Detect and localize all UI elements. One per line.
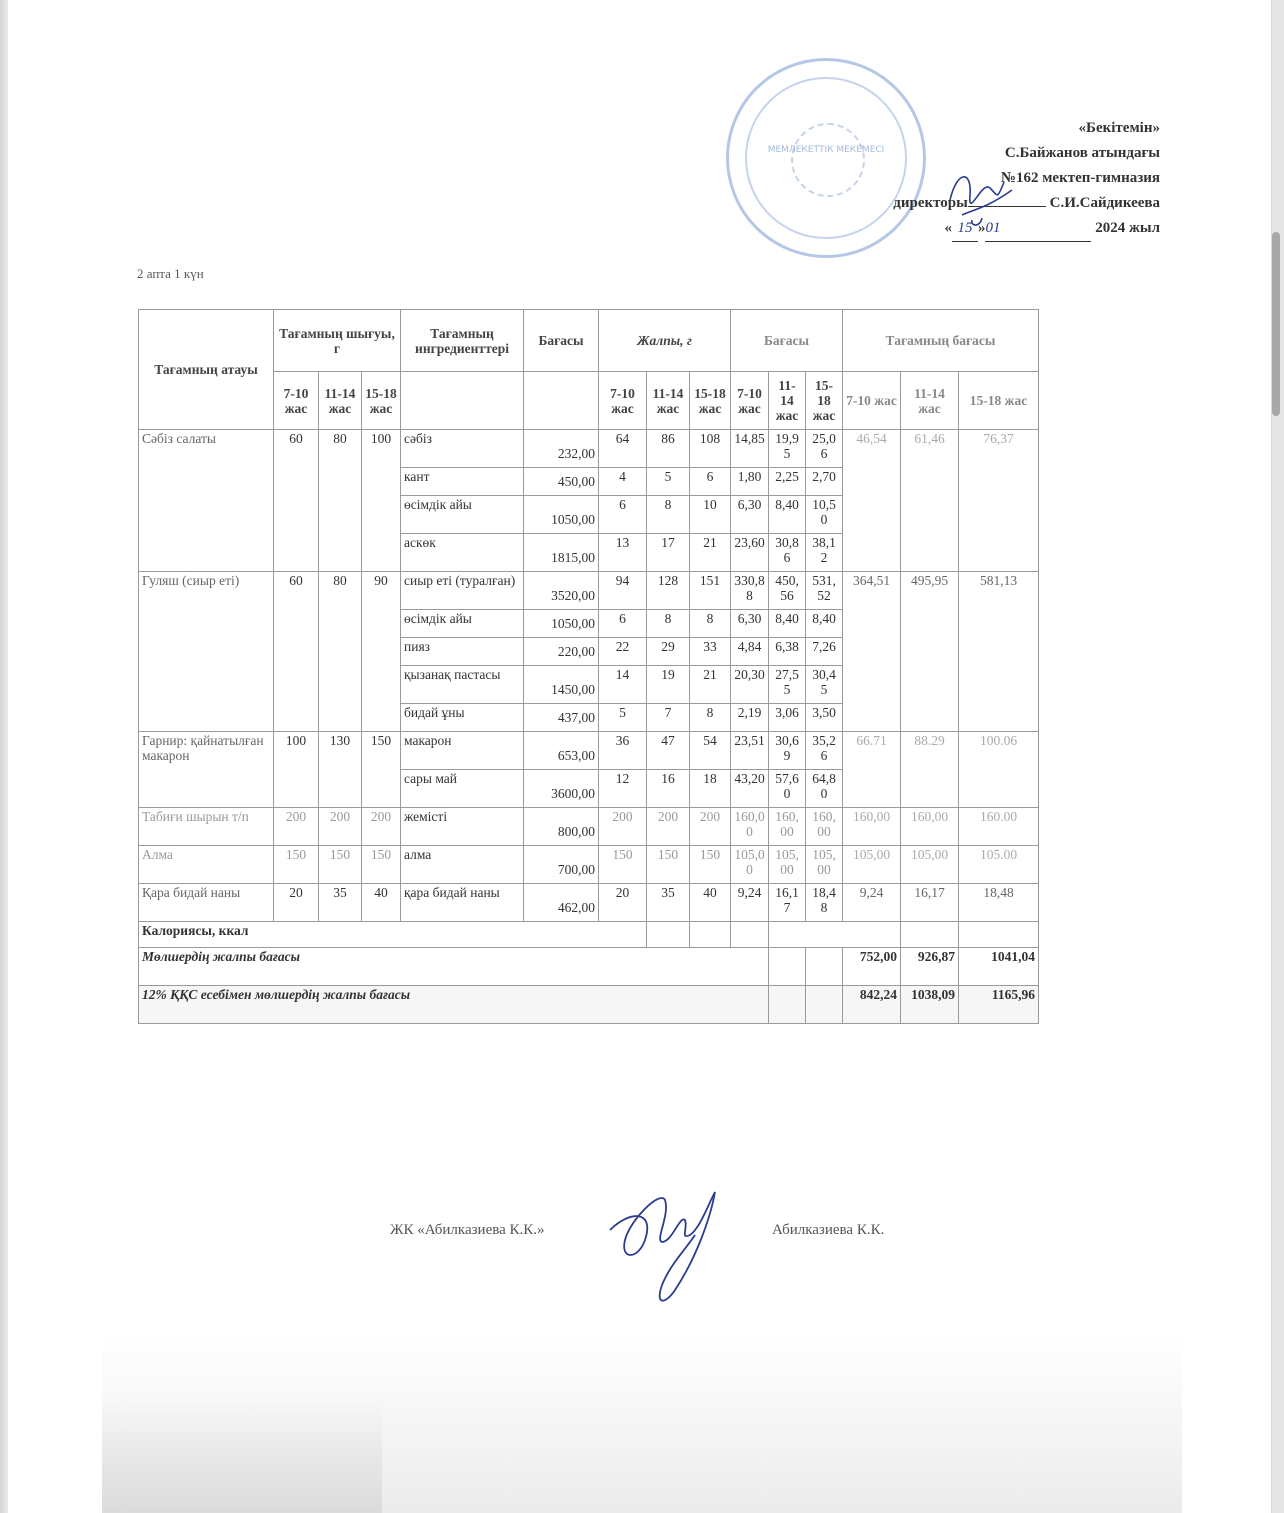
vat-total-row-value: 1038,09	[901, 986, 959, 1024]
ingredient-price: 1815,00	[524, 534, 599, 572]
ingredient-name: алма	[401, 846, 524, 884]
total-cost-row-value: 752,00	[843, 948, 901, 986]
gross-age-1: 11-14 жас	[647, 372, 690, 430]
ingredient-name: сиыр еті (туралған)	[401, 572, 524, 610]
calories-cell	[959, 922, 1039, 948]
ingredient-name: сәбіз	[401, 430, 524, 468]
ingredient-name: жемісті	[401, 808, 524, 846]
header-dish-yield: Тағамның шығуы, г	[274, 310, 401, 372]
ingredient-gross: 86	[647, 430, 690, 468]
ingredient-gross: 108	[690, 430, 731, 468]
calories-cell	[647, 922, 690, 948]
total-cost-row-value: 1041,04	[959, 948, 1039, 986]
dish-yield: 150	[274, 846, 319, 884]
ingredient-gross: 18	[690, 770, 731, 808]
ingredient-cost: 105,00	[731, 846, 769, 884]
ingredient-cost: 19,95	[769, 430, 806, 468]
dish-name: Гарнир: қайнатылған макарон	[139, 732, 274, 808]
ingredient-gross: 200	[690, 808, 731, 846]
calories-span-cell	[769, 922, 901, 948]
calories-label: Калориясы, ккал	[139, 922, 647, 948]
ingredient-cost: 2,19	[731, 704, 769, 732]
week-day-label: 2 апта 1 күн	[137, 266, 204, 282]
approval-date: «15»01 2024 жыл	[893, 216, 1160, 242]
ingredient-gross: 21	[690, 666, 731, 704]
ingredient-cost: 8,40	[769, 496, 806, 534]
ingredient-cost: 1,80	[731, 468, 769, 496]
dish-total-cost: 160,00	[901, 808, 959, 846]
ingredient-gross: 5	[647, 468, 690, 496]
table-row: Сәбіз салаты6080100сәбіз232,00648610814,…	[139, 430, 1039, 468]
vat-total-row: 12% ҚҚС есебімен мөлшердің жалпы бағасы8…	[139, 986, 1039, 1024]
table-row: Гарнир: қайнатылған макарон100130150мака…	[139, 732, 1039, 770]
ingredient-cost: 27,55	[769, 666, 806, 704]
ingredient-cost: 25,06	[806, 430, 843, 468]
dish-yield: 80	[319, 430, 362, 572]
dish-cost-age-1: 11-14 жас	[901, 372, 959, 430]
school-name-line2: №162 мектеп-гимназия	[893, 166, 1160, 191]
ingredient-cost: 23,51	[731, 732, 769, 770]
yield-age-0: 7-10 жас	[274, 372, 319, 430]
dish-yield: 150	[319, 846, 362, 884]
dish-total-cost: 18,48	[959, 884, 1039, 922]
ingredient-cost: 160,00	[806, 808, 843, 846]
dish-yield: 80	[319, 572, 362, 732]
ingredient-gross: 94	[599, 572, 647, 610]
ingredient-cost: 35,26	[806, 732, 843, 770]
calories-row: Калориясы, ккал	[139, 922, 1039, 948]
dish-total-cost: 88.29	[901, 732, 959, 808]
ingredient-name: бидай ұны	[401, 704, 524, 732]
ingredient-cost: 10,50	[806, 496, 843, 534]
dish-yield: 60	[274, 430, 319, 572]
gross-age-0: 7-10 жас	[599, 372, 647, 430]
yield-age-1: 11-14 жас	[319, 372, 362, 430]
dish-total-cost: 76,37	[959, 430, 1039, 572]
ingredient-name: кант	[401, 468, 524, 496]
ingredient-cost: 38,12	[806, 534, 843, 572]
header-cost: Бағасы	[731, 310, 843, 372]
dish-total-cost: 61,46	[901, 430, 959, 572]
cost-age-0: 7-10 жас	[731, 372, 769, 430]
vertical-scrollbar[interactable]	[1271, 0, 1284, 1513]
director-signature-icon	[942, 160, 1022, 230]
ingredient-gross: 150	[647, 846, 690, 884]
approval-title: «Бекітемін»	[893, 116, 1160, 141]
ingredient-price: 462,00	[524, 884, 599, 922]
ingredient-gross: 12	[599, 770, 647, 808]
ingredient-gross: 151	[690, 572, 731, 610]
ingredient-price: 1450,00	[524, 666, 599, 704]
ingredient-cost: 4,84	[731, 638, 769, 666]
ingredient-gross: 6	[690, 468, 731, 496]
calories-cell	[690, 922, 731, 948]
dish-name: Сәбіз салаты	[139, 430, 274, 572]
ingredient-gross: 6	[599, 610, 647, 638]
total-cost-row-blank	[769, 948, 806, 986]
dish-name: Қара бидай наны	[139, 884, 274, 922]
gross-age-2: 15-18 жас	[690, 372, 731, 430]
ingredient-price: 3520,00	[524, 572, 599, 610]
ingredient-gross: 16	[647, 770, 690, 808]
ingredient-gross: 6	[599, 496, 647, 534]
ingredient-price: 800,00	[524, 808, 599, 846]
ingredient-name: өсімдік айы	[401, 610, 524, 638]
ingredient-cost: 450,56	[769, 572, 806, 610]
header-dish-cost: Тағамның бағасы	[843, 310, 1039, 372]
ingredient-price: 653,00	[524, 732, 599, 770]
header-dish-name: Тағамның атауы	[139, 310, 274, 430]
ingredient-gross: 20	[599, 884, 647, 922]
ingredient-cost: 2,70	[806, 468, 843, 496]
ingredient-cost: 7,26	[806, 638, 843, 666]
scrollbar-thumb[interactable]	[1272, 232, 1280, 416]
ingredient-cost: 23,60	[731, 534, 769, 572]
calories-cell	[731, 922, 769, 948]
ingredient-price: 3600,00	[524, 770, 599, 808]
calories-cell	[901, 922, 959, 948]
ingredient-cost: 330,88	[731, 572, 769, 610]
footer-entrepreneur: ЖК «Абилказиева К.К.»	[390, 1222, 545, 1239]
ingredient-price: 232,00	[524, 430, 599, 468]
ingredient-gross: 128	[647, 572, 690, 610]
ingredient-name: сары май	[401, 770, 524, 808]
dish-yield: 100	[274, 732, 319, 808]
ingredient-name: макарон	[401, 732, 524, 770]
dish-yield: 40	[362, 884, 401, 922]
ingredient-cost: 9,24	[731, 884, 769, 922]
ingredient-gross: 7	[647, 704, 690, 732]
ingredient-name: өсімдік айы	[401, 496, 524, 534]
header-gross: Жалпы, г	[599, 310, 731, 372]
ingredient-gross: 8	[690, 610, 731, 638]
ingredient-gross: 35	[647, 884, 690, 922]
dish-yield: 200	[362, 808, 401, 846]
dish-yield: 200	[319, 808, 362, 846]
vat-total-row-label: 12% ҚҚС есебімен мөлшердің жалпы бағасы	[139, 986, 769, 1024]
dish-yield: 90	[362, 572, 401, 732]
ingredient-cost: 8,40	[806, 610, 843, 638]
ingredient-gross: 8	[647, 610, 690, 638]
footer-signer-name: Абилказиева К.К.	[772, 1222, 884, 1239]
dish-total-cost: 100.06	[959, 732, 1039, 808]
table-row: Қара бидай наны203540қара бидай наны462,…	[139, 884, 1039, 922]
ingredient-gross: 54	[690, 732, 731, 770]
ingredient-gross: 40	[690, 884, 731, 922]
menu-table-body: Сәбіз салаты6080100сәбіз232,00648610814,…	[139, 430, 1039, 1024]
ingredient-cost: 3,50	[806, 704, 843, 732]
ingredient-cost: 30,45	[806, 666, 843, 704]
ingredient-gross: 64	[599, 430, 647, 468]
ingredient-cost: 43,20	[731, 770, 769, 808]
ingredient-cost: 14,85	[731, 430, 769, 468]
ingredient-gross: 8	[647, 496, 690, 534]
dish-total-cost: 66.71	[843, 732, 901, 808]
dish-name: Алма	[139, 846, 274, 884]
ingredient-price: 700,00	[524, 846, 599, 884]
ingredient-cost: 30,69	[769, 732, 806, 770]
ingredient-gross: 200	[647, 808, 690, 846]
ingredient-gross: 200	[599, 808, 647, 846]
ingredient-cost: 3,06	[769, 704, 806, 732]
ingredient-cost: 531,52	[806, 572, 843, 610]
dish-total-cost: 364,51	[843, 572, 901, 732]
ingredient-cost: 57,60	[769, 770, 806, 808]
ingredient-gross: 14	[599, 666, 647, 704]
dish-yield: 35	[319, 884, 362, 922]
ingredient-cost: 30,86	[769, 534, 806, 572]
age-group-header-row: 7-10 жас11-14 жас15-18 жас7-10 жас11-14 …	[139, 372, 1039, 430]
approval-block: «Бекітемін» С.Байжанов атындағы №162 мек…	[893, 116, 1160, 242]
ingredient-name: қара бидай наны	[401, 884, 524, 922]
dish-yield: 200	[274, 808, 319, 846]
menu-cost-table: Тағамның атауы Тағамның шығуы, г Тағамны…	[138, 309, 1039, 1024]
ingredient-gross: 22	[599, 638, 647, 666]
dish-total-cost: 46,54	[843, 430, 901, 572]
dish-cost-age-2: 15-18 жас	[959, 372, 1039, 430]
dish-yield: 150	[362, 846, 401, 884]
yield-age-2: 15-18 жас	[362, 372, 401, 430]
dish-total-cost: 160,00	[843, 808, 901, 846]
ingredient-gross: 10	[690, 496, 731, 534]
viewer-left-edge	[0, 0, 8, 1513]
vat-total-row-blank	[769, 986, 806, 1024]
dish-yield: 20	[274, 884, 319, 922]
price-sub-blank	[524, 372, 599, 430]
ingredient-price: 450,00	[524, 468, 599, 496]
ingredient-gross: 5	[599, 704, 647, 732]
entrepreneur-signature-icon	[600, 1180, 740, 1320]
vat-total-row-blank	[806, 986, 843, 1024]
total-cost-row-value: 926,87	[901, 948, 959, 986]
dish-total-cost: 105,00	[901, 846, 959, 884]
ingredient-gross: 8	[690, 704, 731, 732]
ingredient-cost: 6,30	[731, 610, 769, 638]
ingredient-name: пияз	[401, 638, 524, 666]
ingredient-cost: 105,00	[806, 846, 843, 884]
ingredient-name: қызанақ пастасы	[401, 666, 524, 704]
dish-yield: 130	[319, 732, 362, 808]
ingredient-gross: 19	[647, 666, 690, 704]
total-cost-row-blank	[806, 948, 843, 986]
vat-total-row-value: 842,24	[843, 986, 901, 1024]
ingredient-price: 1050,00	[524, 610, 599, 638]
table-row: Табиғи шырын т/п200200200жемісті800,0020…	[139, 808, 1039, 846]
header-ingredients: Тағамның ингредиенттері	[401, 310, 524, 372]
dish-total-cost: 160.00	[959, 808, 1039, 846]
ingredient-price: 220,00	[524, 638, 599, 666]
ingredient-cost: 8,40	[769, 610, 806, 638]
dish-total-cost: 495,95	[901, 572, 959, 732]
ingredient-gross: 36	[599, 732, 647, 770]
dish-total-cost: 105,00	[843, 846, 901, 884]
ingredient-gross: 33	[690, 638, 731, 666]
date-year: 2024 жыл	[1095, 220, 1160, 236]
director-name: С.И.Сайдикеева	[1050, 195, 1160, 211]
dish-yield: 60	[274, 572, 319, 732]
ingredient-cost: 2,25	[769, 468, 806, 496]
vat-total-row-value: 1165,96	[959, 986, 1039, 1024]
ingredient-gross: 21	[690, 534, 731, 572]
ingredient-cost: 64,80	[806, 770, 843, 808]
page-shadow	[102, 1400, 382, 1513]
ingredient-cost: 160,00	[731, 808, 769, 846]
table-row: Алма150150150алма700,00150150150105,0010…	[139, 846, 1039, 884]
dish-total-cost: 16,17	[901, 884, 959, 922]
ingredient-name: аскөк	[401, 534, 524, 572]
header-price: Бағасы	[524, 310, 599, 372]
dish-total-cost: 105.00	[959, 846, 1039, 884]
dish-yield: 150	[362, 732, 401, 808]
ingredient-gross: 47	[647, 732, 690, 770]
ingredient-price: 1050,00	[524, 496, 599, 534]
ingredient-cost: 105,00	[769, 846, 806, 884]
cost-age-2: 15-18 жас	[806, 372, 843, 430]
ingredient-gross: 13	[599, 534, 647, 572]
ingredient-gross: 150	[690, 846, 731, 884]
total-cost-row: Мөлшердің жалпы бағасы752,00926,871041,0…	[139, 948, 1039, 986]
table-row: Гуляш (сиыр еті)608090сиыр еті (туралған…	[139, 572, 1039, 610]
cost-age-1: 11-14 жас	[769, 372, 806, 430]
ingredient-gross: 29	[647, 638, 690, 666]
ingredient-gross: 4	[599, 468, 647, 496]
ingredient-cost: 18,48	[806, 884, 843, 922]
director-line: директоры С.И.Сайдикеева	[893, 191, 1160, 216]
dish-cost-age-0: 7-10 жас	[843, 372, 901, 430]
total-cost-row-label: Мөлшердің жалпы бағасы	[139, 948, 769, 986]
dish-name: Табиғи шырын т/п	[139, 808, 274, 846]
ingredient-price: 437,00	[524, 704, 599, 732]
ingredient-cost: 20,30	[731, 666, 769, 704]
ingredient-cost: 160,00	[769, 808, 806, 846]
dish-yield: 100	[362, 430, 401, 572]
dish-total-cost: 9,24	[843, 884, 901, 922]
ingredients-sub-blank	[401, 372, 524, 430]
ingredient-cost: 6,30	[731, 496, 769, 534]
ingredient-cost: 16,17	[769, 884, 806, 922]
ingredient-gross: 17	[647, 534, 690, 572]
ingredient-gross: 150	[599, 846, 647, 884]
school-name-line1: С.Байжанов атындағы	[893, 141, 1160, 166]
ingredient-cost: 6,38	[769, 638, 806, 666]
dish-name: Гуляш (сиыр еті)	[139, 572, 274, 732]
dish-total-cost: 581,13	[959, 572, 1039, 732]
